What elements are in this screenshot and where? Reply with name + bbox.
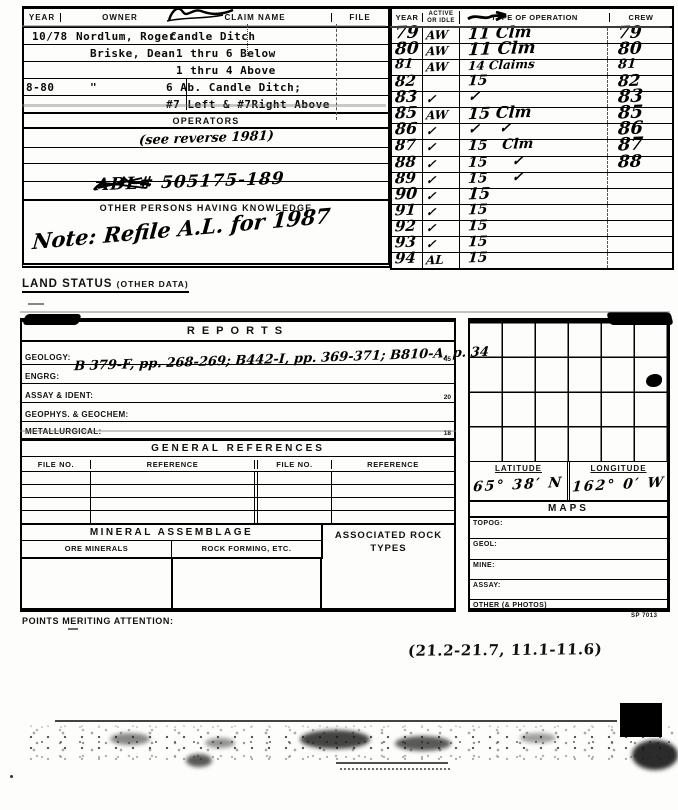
reports-section-title: REPORTS	[22, 322, 454, 342]
claim-name: 1 thru 4 Above	[176, 64, 276, 77]
scan-smudge	[186, 754, 212, 767]
file-column-header: FILE	[331, 13, 388, 22]
refile-note-row: Note: Refile A.L. for 1987	[24, 214, 388, 270]
ink-scrawl-icon	[466, 11, 508, 23]
coordinates-block: LATITUDE 65° 38′ N LONGITUDE 162° 0′ W	[470, 462, 667, 502]
coordinate-note-value: (21.2-21.7, 11.1-11.6)	[407, 640, 602, 660]
year-value: 93	[394, 233, 416, 250]
active-value: ✓	[425, 203, 436, 219]
report-row-engrg: ENGRG:	[22, 365, 454, 384]
active-value: ✓	[425, 155, 436, 171]
activity-row: 88✓15 ✓88	[392, 157, 672, 173]
or-idle-label: OR IDLE	[423, 18, 459, 25]
activity-row: 92✓15	[392, 221, 672, 237]
longitude-column: LONGITUDE 162° 0′ W	[570, 462, 667, 500]
operators-handwritten-note: (see reverse 1981)	[138, 129, 274, 149]
year-value: 90	[394, 185, 417, 202]
scan-line	[55, 720, 617, 722]
latitude-value: 65° 38′ N	[473, 475, 564, 496]
active-value: ✓	[425, 171, 436, 187]
claim-row: 8-80 " 6 Ab. Candle Ditch;	[24, 79, 388, 96]
associated-rock-types-header: ASSOCIATED ROCK TYPES	[323, 525, 454, 559]
scan-smear	[390, 26, 670, 28]
scanned-claim-record-page: YEAR OWNER CLAIM NAME FILE 10/78 Nordlum…	[0, 0, 678, 810]
claim-owner: Nordlum, Roger	[76, 30, 176, 43]
operation-value: 15	[467, 217, 488, 234]
scan-smudge	[300, 730, 370, 749]
claim-row: Briske, Dean 1 thru 6 Below	[24, 45, 388, 62]
year-value: 94	[394, 249, 416, 266]
claim-owner: Briske, Dean	[90, 47, 175, 60]
points-meriting-attention-label: POINTS MERITING ATTENTION:	[22, 616, 174, 626]
year-column-header: YEAR	[392, 13, 423, 22]
latitude-column: LATITUDE 65° 38′ N	[470, 462, 570, 500]
claim-name: 1 thru 6 Below	[176, 47, 276, 60]
active-value: ✓	[425, 236, 436, 252]
operation-value: 15	[467, 250, 488, 267]
reports-panel: REPORTS GEOLOGY: B 379-F, pp. 268-269; B…	[20, 318, 456, 612]
file-note-row: ADL# 505175-189	[24, 182, 388, 201]
stray-mark	[28, 303, 44, 305]
activity-row: 91✓15	[392, 205, 672, 221]
maps-row-other: OTHER (& PHOTOS)	[470, 600, 667, 608]
operators-note-row: (see reverse 1981)	[24, 129, 388, 148]
assay-label: ASSAY:	[473, 582, 501, 589]
geol-label: GEOL:	[473, 541, 497, 548]
crew-column-header: CREW	[609, 13, 672, 22]
year-value: 80	[394, 41, 419, 58]
year-value: 92	[394, 217, 416, 234]
assay-ident-label: ASSAY & IDENT:	[25, 391, 93, 400]
claim-year: 10/78	[32, 30, 68, 43]
activity-card: YEAR ACTIVE OR IDLE TYPE OF OPERATION CR…	[390, 6, 674, 270]
report-row-geophys: GEOPHYS. & GEOCHEM:	[22, 403, 454, 422]
active-value: ✓	[425, 91, 436, 107]
geophys-geochem-label: GEOPHYS. & GEOCHEM:	[25, 410, 129, 419]
operation-value: 15	[467, 185, 490, 202]
claim-year: 8-80	[26, 81, 55, 94]
year-value: 88	[394, 153, 416, 170]
crew-value: 80	[617, 41, 642, 58]
operation-value: 15 Clm	[467, 136, 533, 154]
land-status-heading: LAND STATUS (OTHER DATA)	[22, 274, 189, 292]
blank-grid	[470, 322, 667, 462]
claim-name: Candle Ditch	[170, 30, 255, 43]
ruling-mark	[247, 24, 248, 56]
active-value: ✓	[425, 139, 436, 155]
longitude-value: 162° 0′ W	[571, 475, 665, 496]
report-row-assay: ASSAY & IDENT: 20	[22, 384, 454, 403]
scan-smudge	[205, 738, 235, 748]
scan-smudge	[632, 740, 678, 770]
activity-row: 89✓15 ✓	[392, 173, 672, 189]
general-references-row	[22, 498, 454, 511]
maps-section-title: MAPS	[470, 502, 667, 518]
maps-row-mine: MINE:	[470, 560, 667, 580]
scan-smear	[20, 430, 456, 432]
activity-row: 93✓15	[392, 237, 672, 253]
other-persons-section-label: OTHER PERSONS HAVING KNOWLEDGE	[24, 201, 388, 214]
file-no-header: FILE NO.	[22, 460, 90, 469]
general-references-header: FILE NO. REFERENCE FILE NO. REFERENCE	[22, 457, 454, 472]
claim-card: YEAR OWNER CLAIM NAME FILE 10/78 Nordlum…	[22, 6, 390, 268]
reference-header: REFERENCE	[91, 460, 254, 469]
rock-forming-header: ROCK FORMING, ETC.	[172, 541, 321, 557]
longitude-label: LONGITUDE	[570, 462, 667, 476]
report-row-geology: GEOLOGY: B 379-F, pp. 268-269; B442-I, p…	[22, 342, 454, 365]
form-number: SP 7013	[631, 613, 657, 619]
file-no-header: FILE NO.	[258, 460, 331, 469]
activity-rows: 79AW11 Clm79 80AW11 Clm80 81AW14 Claims8…	[392, 28, 672, 268]
scan-line	[336, 762, 448, 764]
blank-rule	[24, 148, 388, 164]
geology-label: GEOLOGY:	[25, 353, 71, 362]
activity-row: 94AL15	[392, 253, 672, 268]
column-divider	[171, 559, 173, 608]
latitude-label: LATITUDE	[470, 462, 567, 476]
land-status-sub-label: (OTHER DATA)	[117, 279, 189, 289]
mineral-assemblage-title: MINERAL ASSEMBLAGE	[22, 525, 321, 540]
general-references-row	[22, 485, 454, 498]
operation-value: ✓ ✓	[467, 121, 511, 139]
claim-owner: "	[90, 81, 97, 94]
active-value: AL	[425, 252, 444, 269]
location-maps-panel: LATITUDE 65° 38′ N LONGITUDE 162° 0′ W M…	[468, 318, 670, 612]
active-value: ✓	[425, 220, 436, 236]
type-of-operation-column-header: TYPE OF OPERATION	[460, 13, 609, 22]
general-references-row	[22, 511, 454, 525]
crew-value: 88	[617, 153, 642, 170]
scan-smudge	[520, 733, 556, 743]
scan-smear	[22, 104, 386, 107]
land-status-label: LAND STATUS	[22, 278, 112, 290]
reference-header: REFERENCE	[332, 460, 454, 469]
operation-value: 15 ✓	[467, 153, 524, 171]
operation-value: 15	[467, 201, 488, 218]
mine-label: MINE:	[473, 562, 495, 569]
general-references-row	[22, 472, 454, 485]
year-column-header: YEAR	[24, 13, 61, 22]
year-value: 87	[394, 137, 416, 154]
mineral-assemblage-body	[22, 559, 454, 608]
stray-mark	[68, 628, 78, 630]
year-value: 91	[394, 201, 416, 218]
operation-value: 14 Claims	[467, 56, 535, 74]
column-divider	[320, 559, 322, 608]
scan-smudge	[395, 736, 451, 751]
handwritten-scribble-icon	[165, 4, 237, 24]
active-value: ✓	[425, 123, 436, 139]
ore-minerals-header: ORE MINERALS	[22, 541, 172, 557]
active-value: AW	[425, 27, 448, 44]
active-value: AW	[425, 43, 448, 60]
claim-row: 10/78 Nordlum, Roger Candle Ditch	[24, 28, 388, 45]
maps-row-topog: TOPOG:	[470, 518, 667, 539]
operation-value: 15	[467, 233, 488, 250]
scan-smear	[22, 25, 386, 27]
engrg-label: ENGRG:	[25, 372, 59, 381]
owner-column-header: OWNER	[61, 13, 179, 22]
scan-smudge	[110, 733, 150, 745]
operators-section-label: OPERATORS	[24, 114, 388, 129]
active-value: ✓	[425, 187, 436, 203]
scan-smear	[20, 311, 670, 313]
margin-note: (21.2-21.7, 11.1-11.6)	[408, 641, 602, 660]
scan-ink-blob	[22, 314, 82, 325]
scratch-out-mark-icon	[92, 172, 152, 196]
line-number: 20	[444, 394, 451, 401]
maps-row-geol: GEOL:	[470, 539, 667, 560]
ink-spot	[646, 374, 662, 387]
active-value: AW	[425, 107, 448, 124]
operation-value: 15	[467, 73, 488, 90]
line-number: 45	[444, 356, 451, 363]
scan-dots	[340, 768, 450, 770]
active-value: AW	[425, 59, 448, 76]
claim-row: 1 thru 4 Above	[24, 62, 388, 79]
claim-name-column-header: CLAIM NAME	[179, 13, 331, 22]
active-or-idle-column-header: ACTIVE OR IDLE	[423, 11, 460, 24]
mineral-assemblage-header: MINERAL ASSEMBLAGE ORE MINERALS ROCK FOR…	[22, 525, 454, 559]
stray-mark	[10, 775, 13, 778]
other-photos-label: OTHER (& PHOTOS)	[473, 602, 547, 609]
topog-label: TOPOG:	[473, 520, 503, 527]
maps-row-assay: ASSAY:	[470, 580, 667, 600]
activity-row: 90✓15	[392, 189, 672, 205]
general-references-title: GENERAL REFERENCES	[22, 441, 454, 457]
